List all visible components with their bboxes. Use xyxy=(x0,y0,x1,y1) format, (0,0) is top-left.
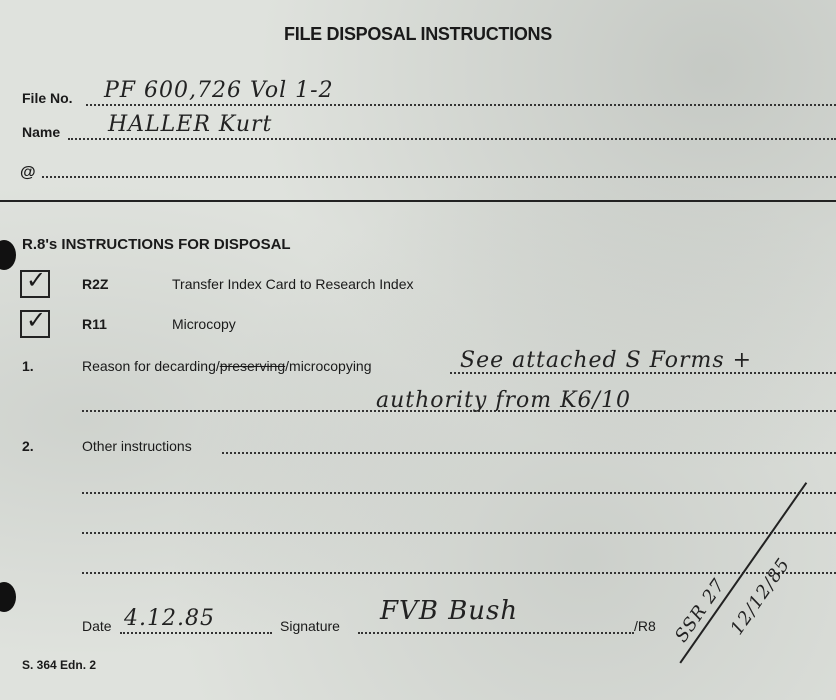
date-label: Date xyxy=(82,618,112,634)
item-1-number: 1. xyxy=(22,358,34,374)
annotation-line1: SSR 27 xyxy=(671,575,730,646)
instructions-heading: R.8's INSTRUCTIONS FOR DISPOSAL xyxy=(22,236,291,253)
punch-hole-top xyxy=(0,240,16,270)
file-no-value: PF 600,726 Vol 1-2 xyxy=(104,78,334,103)
file-no-label: File No. xyxy=(22,90,73,106)
signature-suffix: /R8 xyxy=(634,618,656,634)
at-field[interactable] xyxy=(42,176,836,178)
item-2-field-line2[interactable] xyxy=(82,492,836,494)
item-1-label: Reason for decarding/preserving/microcop… xyxy=(82,358,372,374)
signature-label: Signature xyxy=(280,618,340,634)
item-1-label-struck: preserving xyxy=(220,358,285,374)
option-desc-r2z: Transfer Index Card to Research Index xyxy=(172,276,414,292)
item-1-value-line1: See attached S Forms + xyxy=(460,348,752,373)
form-title: FILE DISPOSAL INSTRUCTIONS xyxy=(0,24,836,45)
name-label: Name xyxy=(22,124,60,140)
checkbox-r2z[interactable] xyxy=(20,270,50,298)
signature-field[interactable] xyxy=(358,632,634,634)
item-2-field-line4[interactable] xyxy=(82,572,836,574)
option-code-r11: R11 xyxy=(82,316,107,332)
item-1-value-line2: authority from K6/10 xyxy=(376,388,631,413)
item-1-label-prefix: Reason for decarding/ xyxy=(82,358,220,374)
checkbox-r11[interactable] xyxy=(20,310,50,338)
option-desc-r11: Microcopy xyxy=(172,316,236,332)
item-1-label-suffix: /microcopying xyxy=(285,358,371,374)
form-code: S. 364 Edn. 2 xyxy=(22,658,96,672)
date-value: 4.12.85 xyxy=(124,606,215,631)
date-field[interactable] xyxy=(120,632,272,634)
name-value: HALLER Kurt xyxy=(108,112,272,137)
signature-value: FVB Bush xyxy=(380,596,518,626)
option-code-r2z: R2Z xyxy=(82,276,108,292)
item-2-label: Other instructions xyxy=(82,438,192,454)
item-2-field-line1[interactable] xyxy=(222,452,836,454)
name-field[interactable] xyxy=(68,138,836,140)
item-2-number: 2. xyxy=(22,438,34,454)
at-label: @ xyxy=(20,164,36,182)
file-no-field[interactable] xyxy=(86,104,836,106)
annotation-line2: 12/12/85 xyxy=(726,554,794,639)
section-divider xyxy=(0,200,836,202)
punch-hole-bottom xyxy=(0,582,16,612)
item-2-field-line3[interactable] xyxy=(82,532,836,534)
